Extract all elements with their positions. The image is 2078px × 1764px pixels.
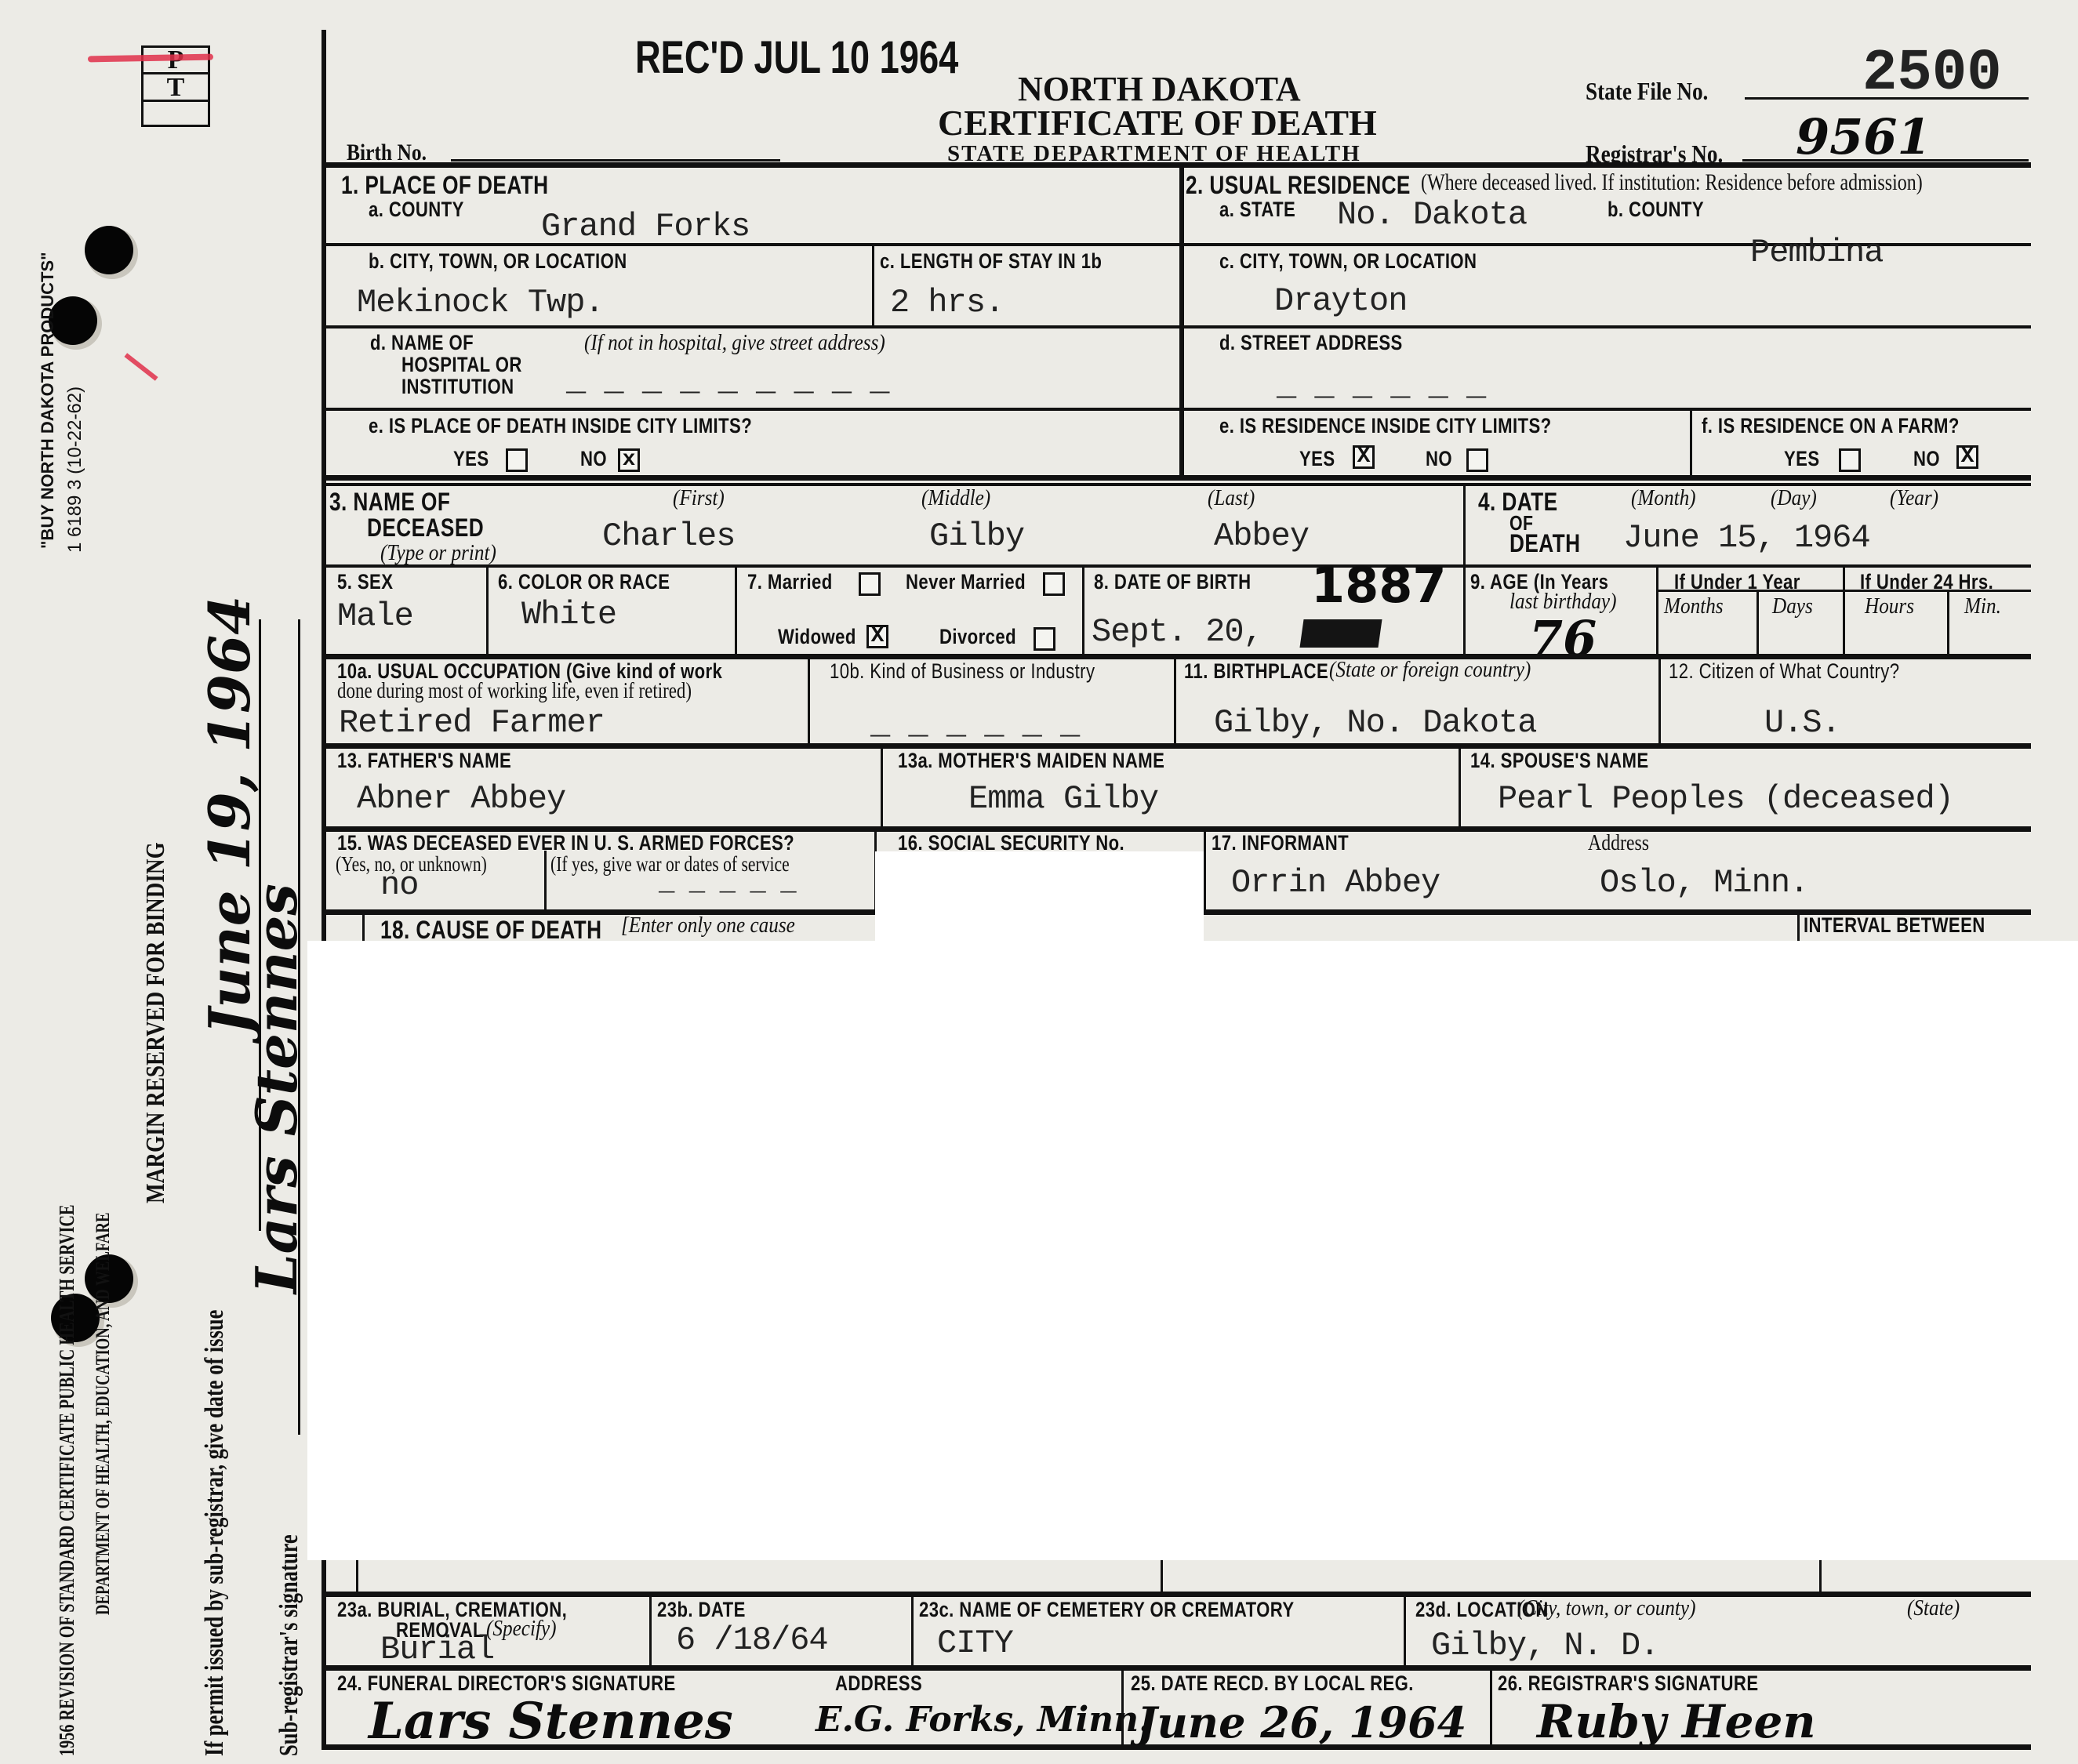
widowed-checkbox[interactable]: X	[866, 625, 888, 648]
header-rule	[322, 162, 2031, 168]
binding-text: MARGIN RESERVED FOR BINDING	[141, 842, 171, 1203]
buy-nd-text: "BUY NORTH DAKOTA PRODUCTS"	[38, 252, 58, 549]
last-name-label: (Last)	[1208, 486, 1255, 511]
funeral-address-label: ADDRESS	[835, 1671, 922, 1696]
farm-divider	[1690, 408, 1692, 480]
row-rule	[322, 1665, 2031, 1671]
res-state-label: a. STATE	[1219, 198, 1295, 222]
birth-no-line	[451, 159, 780, 162]
burial-date-value: 6 /18/64	[676, 1621, 828, 1659]
col-divider	[1843, 564, 1845, 655]
subreg-signature: Lars Stennes	[243, 884, 310, 1294]
section-rule	[322, 475, 2031, 481]
form-code: 1 6189 3 (10-22-62)	[64, 387, 86, 553]
pt-box-t: T	[143, 74, 208, 102]
first-name-value: Charles	[602, 517, 735, 555]
name-label-1: 3. NAME OF	[329, 488, 450, 517]
death-inside-city-yes-checkbox[interactable]	[506, 448, 528, 472]
state-hint: (State)	[1907, 1596, 1960, 1621]
res-street-value: _ _ _ _ _ _	[1277, 367, 1485, 405]
row-rule	[322, 325, 1179, 328]
occupation-value: Retired Farmer	[339, 704, 605, 742]
hospital-hint: (If not in hospital, give street address…	[584, 331, 885, 356]
state-file-label: State File No.	[1586, 77, 1708, 106]
spouse-value: Pearl Peoples (deceased)	[1498, 780, 1953, 818]
state-file-number: 2500	[1862, 41, 2002, 107]
divorced-checkbox[interactable]	[1034, 627, 1055, 651]
res-county-value: Pembina	[1750, 234, 1883, 271]
col-divider	[1121, 1665, 1124, 1748]
death-yes-label: YES	[453, 447, 489, 471]
citizen-label: 12. Citizen of What Country?	[1669, 659, 1900, 684]
birthplace-value: Gilby, No. Dakota	[1214, 704, 1536, 742]
dob-value: Sept. 20,	[1092, 613, 1262, 651]
col-divider	[1161, 1560, 1163, 1592]
col-divider-1-2	[1179, 162, 1184, 480]
name-label-2: DECEASED	[367, 514, 484, 543]
col-divider	[1082, 564, 1084, 655]
row-rule	[322, 564, 2031, 568]
date-recd-value: June 26, 1964	[1137, 1697, 1466, 1748]
months-label: Months	[1664, 594, 1724, 619]
stay-label: c. LENGTH OF STAY IN 1b	[880, 249, 1102, 274]
hours-label: Hours	[1865, 594, 1914, 619]
col-divider	[1174, 654, 1176, 745]
col-divider	[881, 743, 883, 828]
res-street-label: d. STREET ADDRESS	[1219, 331, 1403, 355]
form-bottom-rule	[322, 1744, 2031, 1750]
registrar-signature-label: 26. REGISTRAR'S SIGNATURE	[1498, 1671, 1758, 1696]
form-left-border-lower	[322, 1560, 326, 1748]
name-label-3: (Type or print)	[380, 541, 496, 566]
received-stamp: REC'D JUL 10 1964	[635, 31, 958, 84]
col-divider	[1459, 743, 1461, 828]
hospital-label-3: INSTITUTION	[401, 375, 514, 399]
row-rule	[1656, 590, 2031, 592]
interval-divider	[1797, 909, 1800, 941]
informant-label: 17. INFORMANT	[1212, 831, 1349, 855]
middle-name-label: (Middle)	[921, 486, 990, 511]
day-label: (Day)	[1771, 486, 1817, 511]
subreg-label: Sub-registrar's signature	[274, 1534, 304, 1756]
place-of-death-heading: 1. PLACE OF DEATH	[341, 171, 549, 200]
row-rule	[322, 243, 1179, 246]
res-yes-label: YES	[1299, 447, 1335, 471]
dod-divider	[1463, 483, 1466, 657]
col-divider	[649, 1592, 652, 1666]
sex-label: 5. SEX	[337, 570, 393, 594]
farm-yes-checkbox[interactable]	[1839, 448, 1861, 472]
farm-no-checkbox[interactable]: X	[1956, 445, 1978, 469]
pt-box-empty	[143, 102, 208, 122]
col-divider	[1819, 1560, 1822, 1592]
dod-value: June 15, 1964	[1623, 519, 1870, 557]
widowed-label: Widowed	[778, 625, 856, 649]
registrar-signature: Ruby Heen	[1537, 1695, 1816, 1748]
city-label: b. CITY, TOWN, OR LOCATION	[369, 249, 627, 274]
death-city-limits-label: e. IS PLACE OF DEATH INSIDE CITY LIMITS?	[369, 414, 752, 438]
cemetery-value: CITY	[937, 1624, 1013, 1662]
col-divider	[1656, 564, 1658, 655]
spouse-label: 14. SPOUSE'S NAME	[1470, 749, 1649, 773]
farm-yes-label: YES	[1784, 447, 1820, 471]
never-married-checkbox[interactable]	[1043, 572, 1065, 596]
col-divider	[486, 564, 489, 655]
war-dates-value: _ _ _ _ _	[659, 869, 796, 898]
farm-label: f. IS RESIDENCE ON A FARM?	[1702, 414, 1960, 438]
death-inside-city-no-checkbox[interactable]: x	[618, 448, 640, 472]
dod-label-3: DEATH	[1509, 529, 1580, 558]
binding-hole	[85, 226, 133, 274]
red-pencil-tick	[124, 353, 158, 381]
informant-value: Orrin Abbey	[1231, 864, 1440, 902]
col-divider	[356, 1560, 358, 1592]
birthplace-hint: (State or foreign country)	[1329, 658, 1531, 683]
county-value: Grand Forks	[541, 208, 750, 245]
citizen-value: U.S.	[1764, 704, 1840, 742]
revision-text: 1956 REVISION OF STANDARD CERTIFICATE PU…	[55, 1204, 79, 1756]
date-recd-label: 25. DATE RECD. BY LOCAL REG.	[1131, 1671, 1414, 1696]
business-value: _ _ _ _ _ _	[870, 706, 1079, 743]
col-divider	[1204, 826, 1206, 913]
informant-address-value: Oslo, Minn.	[1600, 864, 1808, 902]
col-divider	[735, 564, 737, 655]
min-label: Min.	[1964, 594, 2001, 619]
col-divider	[1658, 654, 1661, 745]
stay-value: 2 hrs.	[890, 284, 1004, 321]
father-value: Abner Abbey	[357, 780, 565, 818]
divorced-label: Divorced	[939, 625, 1016, 649]
stay-divider	[872, 243, 874, 325]
interval-label: INTERVAL BETWEEN	[1804, 913, 1985, 938]
year-label: (Year)	[1890, 486, 1938, 511]
location-hint: (City, town, or county)	[1517, 1596, 1695, 1621]
permit-label: If permit issued by sub-registrar, give …	[200, 1310, 230, 1756]
first-name-label: (First)	[673, 486, 725, 511]
mother-label: 13a. MOTHER'S MAIDEN NAME	[898, 749, 1164, 773]
cause-left-divider	[362, 909, 365, 941]
occupation-label-2: done during most of working life, even i…	[337, 679, 692, 704]
res-inside-city-no-checkbox[interactable]	[1466, 448, 1488, 472]
father-label: 13. FATHER'S NAME	[337, 749, 511, 773]
col-divider	[911, 1592, 914, 1666]
city-value: Mekinock Twp.	[357, 284, 604, 321]
page-title: CERTIFICATE OF DEATH	[938, 102, 1377, 143]
col-divider	[808, 654, 810, 745]
location-value: Gilby, N. D.	[1431, 1627, 1658, 1664]
business-label: 10b. Kind of Business or Industry	[830, 659, 1095, 684]
dob-strikeout	[1299, 619, 1382, 648]
married-label: 7. Married	[747, 570, 833, 594]
dob-year: 1887	[1311, 557, 1447, 614]
res-city-limits-label: e. IS RESIDENCE INSIDE CITY LIMITS?	[1219, 414, 1552, 438]
registrar-number: 9561	[1796, 108, 1931, 165]
col-divider	[1947, 590, 1949, 655]
res-city-label: c. CITY, TOWN, OR LOCATION	[1219, 249, 1477, 274]
race-value: White	[521, 596, 616, 633]
month-label: (Month)	[1631, 486, 1696, 511]
row-rule	[322, 654, 2031, 659]
death-no-label: NO	[580, 447, 607, 471]
usual-residence-hint: (Where deceased lived. If institution: R…	[1421, 169, 1923, 196]
row-rule	[1179, 408, 2031, 411]
hospital-label-2: HOSPITAL OR	[401, 353, 522, 377]
res-state-value: No. Dakota	[1337, 196, 1527, 234]
funeral-address-value: E.G. Forks, Minn.	[816, 1700, 1150, 1740]
informant-address-label: Address	[1588, 831, 1649, 856]
sex-value: Male	[337, 597, 413, 635]
hospital-label-1: d. NAME OF	[370, 331, 474, 355]
mother-value: Emma Gilby	[968, 780, 1158, 818]
pt-box-p: P	[143, 48, 208, 74]
col-divider	[1404, 1592, 1406, 1666]
hospital-value: _ _ _ _ _ _ _ _ _	[566, 362, 888, 400]
birthplace-label: 11. BIRTHPLACE	[1184, 659, 1328, 684]
burial-date-label: 23b. DATE	[657, 1598, 746, 1622]
never-married-label: Never Married	[906, 570, 1026, 594]
cemetery-label: 23c. NAME OF CEMETERY OR CREMATORY	[919, 1598, 1295, 1622]
married-checkbox[interactable]	[859, 572, 881, 596]
burial-method-hint: (Specify)	[486, 1617, 557, 1642]
race-label: 6. COLOR OR RACE	[498, 570, 670, 594]
row-rule	[322, 408, 1179, 411]
last-name-value: Abbey	[1214, 517, 1309, 555]
row-rule	[322, 1592, 2031, 1597]
row-rule	[322, 743, 2031, 749]
res-city-value: Drayton	[1274, 282, 1407, 320]
middle-name-value: Gilby	[929, 517, 1024, 555]
funeral-director-signature: Lars Stennes	[369, 1692, 733, 1751]
res-inside-city-yes-checkbox[interactable]: X	[1353, 445, 1375, 469]
farm-no-label: NO	[1913, 447, 1940, 471]
armed-forces-value: no	[380, 866, 418, 904]
dob-label: 8. DATE OF BIRTH	[1094, 570, 1252, 594]
department-text: DEPARTMENT OF HEALTH, EDUCATION, AND WEL…	[93, 1213, 114, 1615]
row-rule	[1179, 243, 2031, 246]
res-no-label: NO	[1426, 447, 1452, 471]
redaction-cause-section	[307, 941, 2078, 1560]
col-divider	[544, 851, 547, 912]
burial-method-value: Burial	[380, 1631, 494, 1668]
redaction-ssn	[875, 851, 1204, 946]
res-county-label: b. COUNTY	[1608, 198, 1704, 222]
col-divider	[1490, 1665, 1492, 1748]
cause-of-death-hint: [Enter only one cause	[621, 913, 795, 938]
days-label: Days	[1772, 594, 1813, 619]
col-divider	[1756, 590, 1759, 655]
row-rule	[1179, 325, 2031, 328]
county-label: a. COUNTY	[369, 198, 464, 222]
